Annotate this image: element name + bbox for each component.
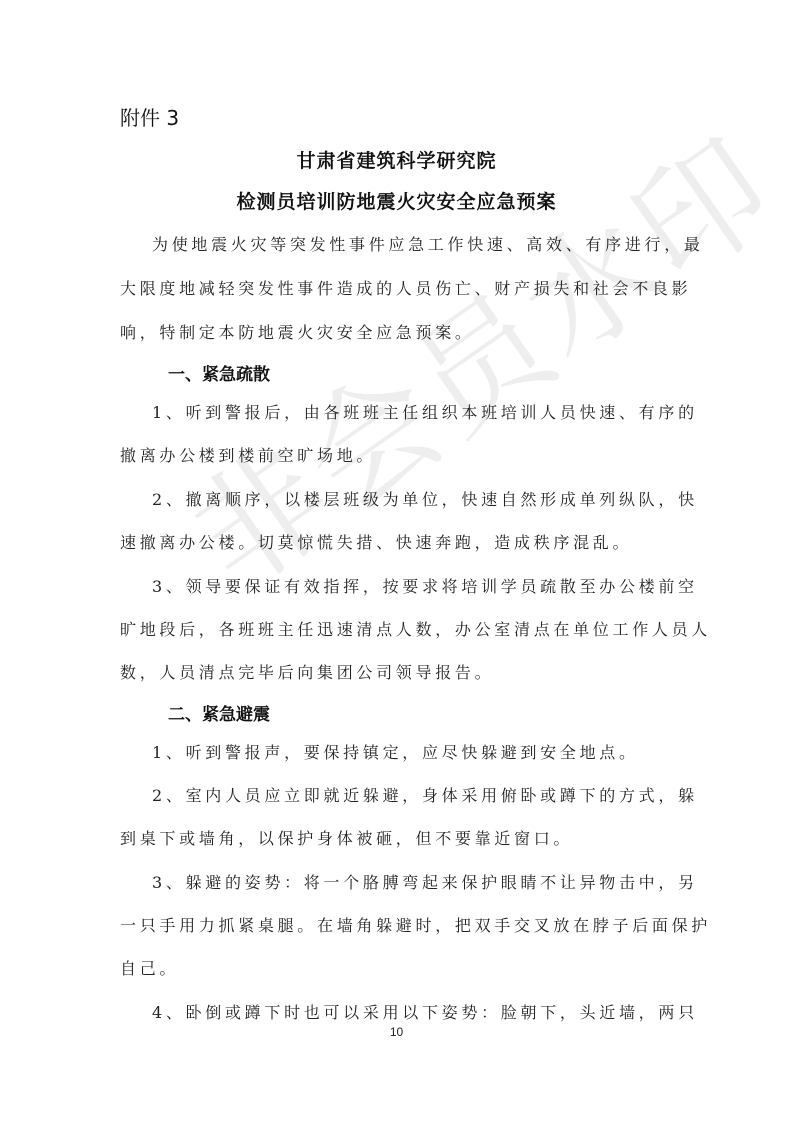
page-number: 10 — [0, 1025, 793, 1039]
paragraph-line: 2、室内人员应立即就近躲避，身体采用俯卧或蹲下的方式，躲 — [152, 783, 676, 806]
intro-line: 大限度地减轻突发性事件造成的人员伤亡、财产损失和社会不良影 — [120, 276, 676, 299]
paragraph-line: 自己。 — [120, 956, 676, 979]
paragraph-line: 撤离办公楼到楼前空旷场地。 — [120, 443, 676, 466]
document-page: 非会员水印 附件 3 甘肃省建筑科学研究院 检测员培训防地震火灾安全应急预案 为… — [0, 0, 793, 1122]
paragraph-line: 3、领导要保证有效指挥，按要求将培训学员疏散至办公楼前空 — [152, 574, 676, 597]
attachment-label: 附件 3 — [120, 102, 179, 131]
paragraph-line: 3、躲避的姿势：将一个胳膊弯起来保护眼睛不让异物击中，另 — [152, 870, 676, 893]
paragraph-line: 旷地段后，各班班主任迅速清点人数，办公室清点在单位工作人员人 — [120, 617, 676, 640]
paragraph-line: 2、撤离顺序，以楼层班级为单位，快速自然形成单列纵队，快 — [152, 487, 676, 510]
document-title-organization: 甘肃省建筑科学研究院 — [0, 146, 793, 173]
paragraph-line: 速撤离办公楼。切莫惊慌失措、快速奔跑，造成秩序混乱。 — [120, 530, 676, 553]
paragraph-line: 到桌下或墙角，以保护身体被砸，但不要靠近窗口。 — [120, 826, 676, 849]
section-heading-earthquake-shelter: 二、紧急避震 — [168, 700, 270, 725]
section-heading-evacuation: 一、紧急疏散 — [168, 360, 270, 385]
paragraph-line: 1、听到警报声，要保持镇定，应尽快躲避到安全地点。 — [152, 740, 676, 763]
paragraph-line: 4、卧倒或蹲下时也可以采用以下姿势：脸朝下，头近墙，两只 — [152, 1000, 676, 1023]
document-title: 检测员培训防地震火灾安全应急预案 — [0, 187, 793, 214]
intro-line: 为使地震火灾等突发性事件应急工作快速、高效、有序进行，最 — [152, 232, 676, 255]
paragraph-line: 一只手用力抓紧桌腿。在墙角躲避时，把双手交叉放在脖子后面保护 — [120, 913, 676, 936]
paragraph-line: 1、听到警报后，由各班班主任组织本班培训人员快速、有序的 — [152, 400, 676, 423]
paragraph-line: 数，人员清点完毕后向集团公司领导报告。 — [120, 660, 676, 683]
intro-line: 响，特制定本防地震火灾安全应急预案。 — [120, 320, 676, 343]
